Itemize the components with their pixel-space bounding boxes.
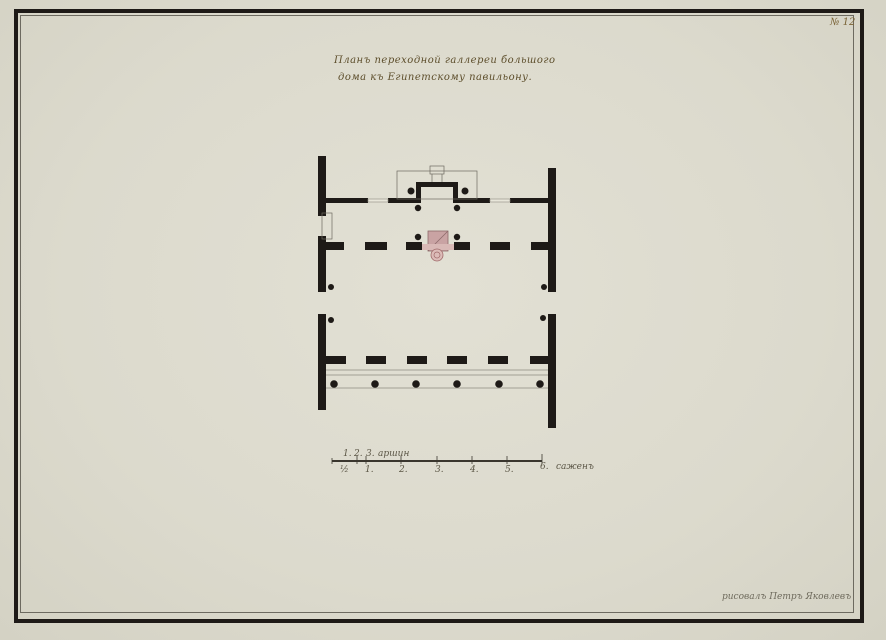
scale-tick-2: 2. [399, 465, 408, 475]
scale-bar [332, 454, 542, 464]
left-wall-bottom [318, 314, 326, 410]
scale-tick-6: 6. [540, 462, 549, 472]
draftsman-signature: рисовалъ Петръ Яковлевъ [722, 592, 851, 602]
right-wall-top [548, 168, 556, 292]
floor-plan [0, 0, 886, 640]
scale-unit-label: саженъ [556, 462, 594, 472]
scale-tick-5: 5. [505, 465, 514, 475]
scale-tick-4: 4. [470, 465, 479, 475]
top-wall-left [326, 198, 368, 203]
scale-tick-half: ½ [340, 465, 349, 475]
scale-sub-2: 2. [354, 449, 363, 459]
scale-tick-1: 1. [365, 465, 374, 475]
drawing-sheet: № 12 Планъ переходной галлереи большого … [0, 0, 886, 640]
scale-sub-1: 1. [343, 449, 352, 459]
top-wall-right [510, 198, 550, 203]
left-wall-top [318, 156, 326, 216]
scale-sub-unit: аршин [378, 449, 409, 459]
scale-tick-3: 3. [435, 465, 444, 475]
left-wall-middle [318, 236, 326, 292]
right-wall-bottom [548, 314, 556, 428]
pink-stove-feature [422, 231, 454, 261]
scale-sub-3: 3. [366, 449, 375, 459]
